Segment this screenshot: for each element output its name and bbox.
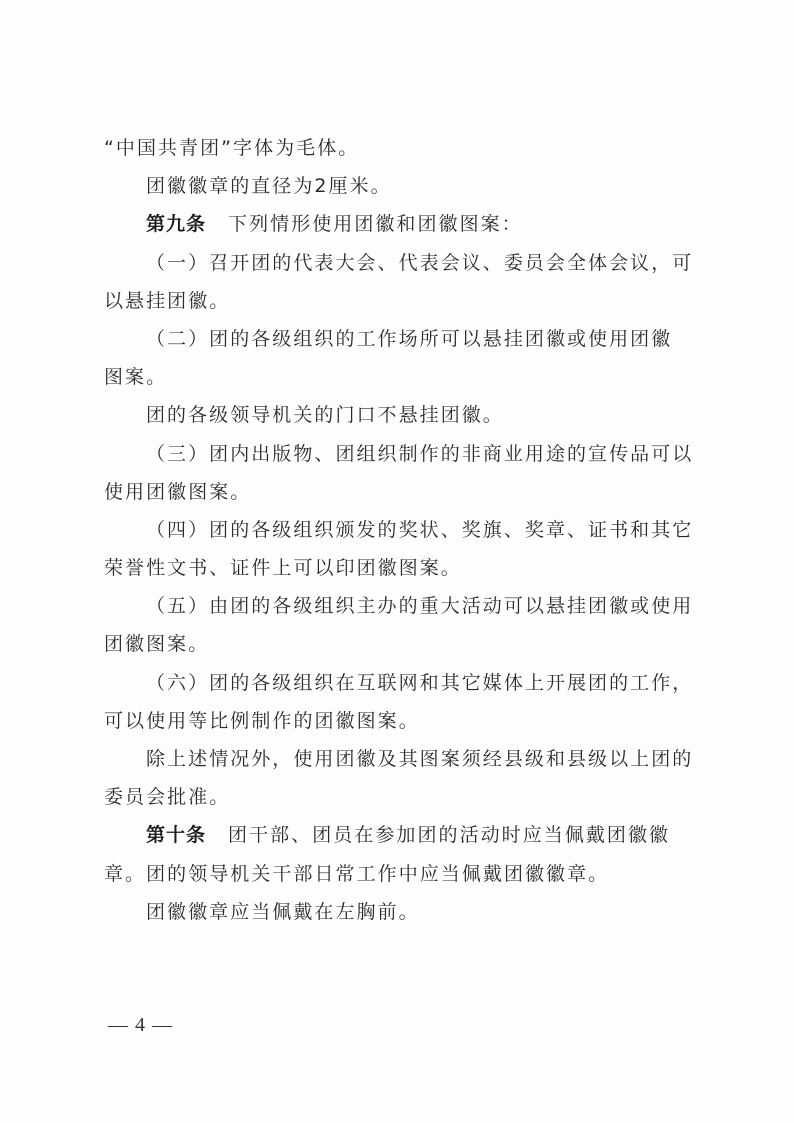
paragraph-line: “中国共青团”字体为毛体。	[104, 135, 694, 173]
paragraph-line: 团的各级领导机关的门口不悬挂团徽。	[104, 402, 694, 440]
line-text: 章。团的领导机关干部日常工作中应当佩戴团徽徽章。	[104, 863, 609, 885]
line-text: 使用团徽图案。	[104, 481, 251, 503]
paragraph-line: （四）团的各级组织颁发的奖状、奖旗、奖章、证书和其它	[104, 517, 694, 555]
line-text: 团徽图案。	[104, 633, 209, 655]
article-10-heading-line: 第十条团干部、团员在参加团的活动时应当佩戴团徽徽	[104, 822, 694, 860]
line-text: （一）召开团的代表大会、代表会议、委员会全体会议，可	[146, 252, 693, 274]
line-text: （三）团内出版物、团组织制作的非商业用途的宣传品可以	[146, 443, 693, 465]
line-text: 可以使用等比例制作的团徽图案。	[104, 710, 420, 732]
document-page: “中国共青团”字体为毛体。 团徽徽章的直径为2厘米。 第九条下列情形使用团徽和团…	[0, 0, 794, 1123]
paragraph-line: 使用团徽图案。	[104, 479, 694, 517]
paragraph-line: 荣誉性文书、证件上可以印团徽图案。	[104, 555, 694, 593]
line-text: 以悬挂团徽。	[104, 290, 230, 312]
page-number: — 4 —	[108, 1014, 173, 1037]
paragraph-line: 团徽徽章应当佩戴在左胸前。	[104, 899, 694, 937]
paragraph-line: 除上述情况外，使用团徽及其图案须经县级和县级以上团的	[104, 746, 694, 784]
paragraph-line: 团徽徽章的直径为2厘米。	[104, 173, 694, 211]
paragraph-line: 以悬挂团徽。	[104, 288, 694, 326]
line-text: （四）团的各级组织颁发的奖状、奖旗、奖章、证书和其它	[146, 519, 693, 541]
line-text: （五）由团的各级组织主办的重大活动可以悬挂团徽或使用	[146, 595, 693, 617]
paragraph-line: （二）团的各级组织的工作场所可以悬挂团徽或使用团徽	[104, 326, 694, 364]
article-heading: 第九条	[146, 213, 206, 235]
paragraph-line: 图案。	[104, 364, 694, 402]
paragraph-line: 可以使用等比例制作的团徽图案。	[104, 708, 694, 746]
paragraph-line: （六）团的各级组织在互联网和其它媒体上开展团的工作，	[104, 670, 694, 708]
line-text: 团干部、团员在参加团的活动时应当佩戴团徽徽	[228, 824, 670, 846]
line-text: 团徽徽章应当佩戴在左胸前。	[146, 901, 420, 923]
paragraph-line: 委员会批准。	[104, 784, 694, 822]
line-text: 团的各级领导机关的门口不悬挂团徽。	[146, 404, 504, 426]
line-text: “中国共青团”字体为毛体。	[104, 137, 359, 159]
line-text: （六）团的各级组织在互联网和其它媒体上开展团的工作，	[146, 672, 693, 694]
article-heading: 第十条	[146, 824, 206, 846]
paragraph-line: 章。团的领导机关干部日常工作中应当佩戴团徽徽章。	[104, 861, 694, 899]
line-text: 荣誉性文书、证件上可以印团徽图案。	[104, 557, 462, 579]
line-text: 委员会批准。	[104, 786, 230, 808]
paragraph-line: （一）召开团的代表大会、代表会议、委员会全体会议，可	[104, 250, 694, 288]
line-text: 除上述情况外，使用团徽及其图案须经县级和县级以上团的	[146, 748, 693, 770]
paragraph-line: （三）团内出版物、团组织制作的非商业用途的宣传品可以	[104, 441, 694, 479]
article-9-heading-line: 第九条下列情形使用团徽和团徽图案：	[104, 211, 694, 249]
body-text: “中国共青团”字体为毛体。 团徽徽章的直径为2厘米。 第九条下列情形使用团徽和团…	[104, 135, 694, 937]
line-text: 图案。	[104, 366, 167, 388]
line-text: （二）团的各级组织的工作场所可以悬挂团徽或使用团徽	[146, 328, 672, 350]
line-text: 下列情形使用团徽和团徽图案：	[228, 213, 523, 235]
paragraph-line: （五）由团的各级组织主办的重大活动可以悬挂团徽或使用	[104, 593, 694, 631]
line-text: 团徽徽章的直径为2厘米。	[146, 175, 392, 197]
paragraph-line: 团徽图案。	[104, 631, 694, 669]
